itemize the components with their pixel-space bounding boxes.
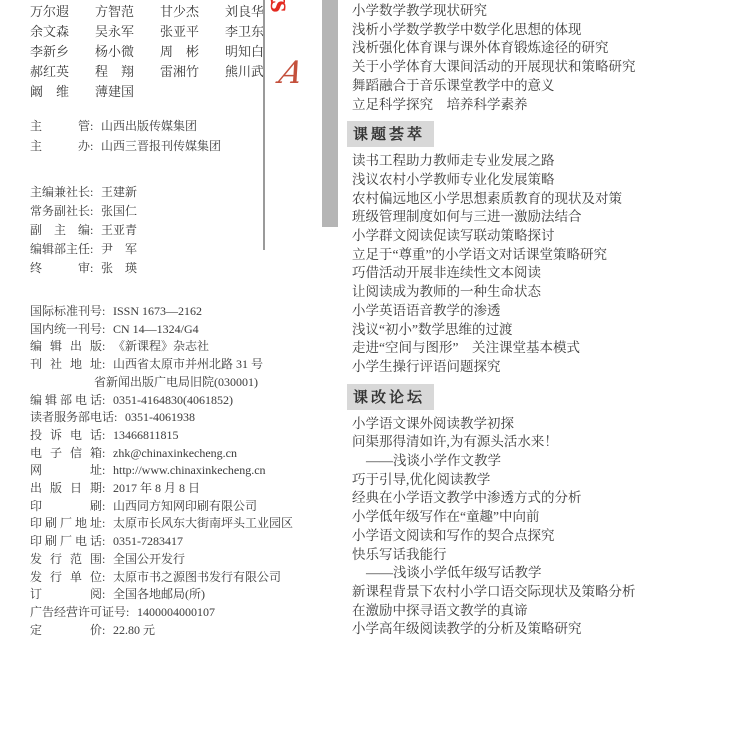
info-row: 国内统一刊号:CN 14—1324/G4 — [30, 321, 295, 339]
info-label: 编辑部主任 — [30, 240, 90, 259]
toc-item-list: 读书工程助力教师走专业发展之路浅议农村小学教师专业化发展策略农村偏远地区小学思想… — [352, 152, 729, 376]
toc-section-header-wrap: 课改论坛 — [347, 384, 729, 410]
toc-article-title: 小学数学教学现状研究 — [352, 2, 729, 21]
info-label: 印刷厂地址 — [30, 515, 102, 533]
colon-separator: : — [90, 202, 101, 221]
staff-info-rows: 主编兼社长:王建新 常务副社长:张国仁 副主编:王亚青 编辑部主任:尹 军 终审… — [30, 183, 295, 278]
board-member-name: 杨小微 — [95, 42, 160, 62]
toc-article-title: 读书工程助力教师走专业发展之路 — [352, 152, 729, 171]
info-row: 订阅:全国各地邮局(所) — [30, 586, 295, 604]
toc-article-title: 小学高年级阅读教学的分析及策略研究 — [352, 620, 729, 639]
toc-article-title: 巧于引导,优化阅读教学 — [352, 471, 729, 490]
info-row: 读者服务部电话:0351-4061938 — [30, 409, 295, 427]
info-row: 发行单位:太原市书之源图书发行有限公司 — [30, 569, 295, 587]
info-label: 主编兼社长 — [30, 183, 90, 202]
colon-separator: : — [126, 604, 137, 622]
info-row: 投诉电话:13466811815 — [30, 427, 295, 445]
info-label: 国内统一刊号 — [30, 321, 102, 339]
info-value: 0351-4061938 — [125, 410, 195, 424]
info-row: 定价:22.80 元 — [30, 622, 295, 640]
info-row: 刊社地址:山西省太原市并州北路 31 号 — [30, 356, 295, 374]
info-label: 编辑部电话 — [30, 392, 102, 410]
colon-separator: : — [90, 221, 101, 240]
info-row: 主办:山西三晋报刊传媒集团 — [30, 136, 295, 156]
colon-separator: : — [102, 533, 113, 551]
info-row: 编辑部主任:尹 军 — [30, 240, 295, 259]
colon-separator: : — [102, 586, 113, 604]
info-value: 太原市书之源图书发行有限公司 — [113, 570, 281, 584]
toc-article-title: 在激励中探寻语文教学的真谛 — [352, 602, 729, 621]
toc-article-title: 浅议“初小”数学思维的过渡 — [352, 321, 729, 340]
toc-article-title: 小学生操行评语问题探究 — [352, 358, 729, 377]
masthead-panel: 万尔遐方智范甘少杰刘良华余文森吴永军张亚平李卫东李新乡杨小微周 彬明知白郝红英程… — [30, 2, 295, 639]
board-member-name: 周 彬 — [160, 42, 225, 62]
info-value: 张国仁 — [101, 204, 137, 218]
toc-section-header: 课改论坛 — [347, 384, 434, 410]
toc-article-title: 农村偏远地区小学思想素质教育的现状及对策 — [352, 190, 729, 209]
info-row: 印刷厂电话:0351-7283417 — [30, 533, 295, 551]
toc-article-title: 小学群文阅读促读写联动策略探讨 — [352, 227, 729, 246]
board-member-name: 万尔遐 — [30, 2, 95, 22]
info-label: 主管 — [30, 116, 90, 136]
info-value: 22.80 元 — [113, 623, 155, 637]
info-value: 山西三晋报刊传媒集团 — [101, 139, 221, 153]
colon-separator: : — [102, 338, 113, 356]
info-value: 省新闻出版广电局旧院(030001) — [94, 375, 258, 389]
info-row: 编辑部电话:0351-4164830(4061852) — [30, 392, 295, 410]
board-member-name: 方智范 — [95, 2, 160, 22]
info-value: 王建新 — [101, 185, 137, 199]
board-member-name: 雷湘竹 — [160, 62, 225, 82]
publication-info-rows: 国际标准刊号:ISSN 1673—2162 国内统一刊号:CN 14—1324/… — [30, 303, 295, 639]
info-row: 编辑出版:《新课程》杂志社 — [30, 338, 295, 356]
toc-article-title: 经典在小学语文教学中渗透方式的分析 — [352, 489, 729, 508]
colon-separator: : — [102, 462, 113, 480]
info-row: 主管:山西出版传媒集团 — [30, 116, 295, 136]
colon-separator: : — [90, 116, 101, 136]
toc-article-title: 班级管理制度如何与三进一激励法结合 — [352, 208, 729, 227]
info-value: 《新课程》杂志社 — [113, 339, 209, 353]
info-value: 尹 军 — [101, 242, 137, 256]
board-member-name: 李卫东 — [225, 22, 290, 42]
colon-separator: : — [102, 356, 113, 374]
colon-separator: : — [102, 551, 113, 569]
info-value: 太原市长风东大街南坪头工业园区 — [113, 516, 293, 530]
toc-article-title: 小学英语语音教学的渗透 — [352, 302, 729, 321]
colon-separator: : — [90, 259, 101, 278]
board-member-name: 余文森 — [30, 22, 95, 42]
colon-separator: : — [102, 321, 113, 339]
board-member-name: 薄建国 — [95, 82, 160, 102]
colon-separator: : — [114, 409, 125, 427]
info-label: 印刷 — [30, 498, 102, 516]
spine-divider-line — [263, 0, 265, 250]
spine-gray-bar — [322, 0, 338, 227]
colon-separator: : — [102, 392, 113, 410]
info-row: :省新闻出版广电局旧院(030001) — [30, 374, 295, 392]
info-row: 主编兼社长:王建新 — [30, 183, 295, 202]
info-value: 全国各地邮局(所) — [113, 587, 205, 601]
toc-section: 课改论坛 小学语文课外阅读教学初探问渠那得清如许,为有源头活水来！——浅谈小学作… — [352, 384, 729, 639]
toc-article-title: 小学语文阅读和写作的契合点探究 — [352, 527, 729, 546]
colon-separator: : — [102, 498, 113, 516]
board-member-name: 郝红英 — [30, 62, 95, 82]
board-member-name: 程 翔 — [95, 62, 160, 82]
info-row: 终审:张 瑛 — [30, 259, 295, 278]
info-row: 印刷:山西同方知网印刷有限公司 — [30, 498, 295, 516]
colon-separator: : — [102, 515, 113, 533]
colon-separator: : — [102, 303, 113, 321]
info-value: ISSN 1673—2162 — [113, 304, 202, 318]
info-label: 发行单位 — [30, 569, 102, 587]
toc-article-title: 浅议农村小学教师专业化发展策略 — [352, 171, 729, 190]
info-row: 发行范围:全国公开发行 — [30, 551, 295, 569]
toc-article-title: 小学低年级写作在“童趣”中向前 — [352, 508, 729, 527]
toc-article-title: 巧借活动开展非连续性文本阅读 — [352, 264, 729, 283]
toc-article-title: 小学语文课外阅读教学初探 — [352, 415, 729, 434]
info-row: 电子信箱:zhk@chinaxinkecheng.cn — [30, 445, 295, 463]
colon-separator: : — [102, 480, 113, 498]
info-value: CN 14—1324/G4 — [113, 322, 199, 336]
board-member-name: 明知白 — [225, 42, 290, 62]
info-label: 国际标准刊号 — [30, 303, 102, 321]
toc-article-title: 让阅读成为教师的一种生命状态 — [352, 283, 729, 302]
info-value: 山西同方知网印刷有限公司 — [113, 499, 257, 513]
toc-article-title: ——浅谈小学低年级写话教学 — [352, 564, 729, 583]
toc-article-title: 立足科学探究 培养科学素养 — [352, 96, 729, 115]
info-row: 广告经营许可证号:1400004000107 — [30, 604, 295, 622]
info-value: 1400004000107 — [137, 605, 215, 619]
colon-separator: : — [90, 240, 101, 259]
board-member-name: 甘少杰 — [160, 2, 225, 22]
toc-item-list: 小学语文课外阅读教学初探问渠那得清如许,为有源头活水来！——浅谈小学作文教学巧于… — [352, 415, 729, 639]
info-row: 网址:http://www.chinaxinkecheng.cn — [30, 462, 295, 480]
toc-article-title: 浅析小学数学教学中数学化思想的体现 — [352, 21, 729, 40]
toc-article-title: 浅析强化体育课与课外体育锻炼途径的研究 — [352, 39, 729, 58]
toc-section: 课题荟萃 读书工程助力教师走专业发展之路浅议农村小学教师专业化发展策略农村偏远地… — [352, 121, 729, 376]
info-label: 编辑出版 — [30, 338, 102, 356]
info-value: zhk@chinaxinkecheng.cn — [113, 446, 237, 460]
colon-separator: : — [102, 622, 113, 640]
board-member-name: 吴永军 — [95, 22, 160, 42]
board-member-name: 李新乡 — [30, 42, 95, 62]
info-value: 2017 年 8 月 8 日 — [113, 481, 200, 495]
info-label: 刊社地址 — [30, 356, 102, 374]
info-value: 张 瑛 — [101, 261, 137, 275]
info-value: 全国公开发行 — [113, 552, 185, 566]
info-label: 主办 — [30, 136, 90, 156]
colon-separator: : — [90, 183, 101, 202]
board-member-name: 张亚平 — [160, 22, 225, 42]
info-label: 常务副社长 — [30, 202, 90, 221]
toc-article-title: 快乐写话我能行 — [352, 546, 729, 565]
board-member-name: 阚 维 — [30, 82, 95, 102]
colon-separator: : — [102, 427, 113, 445]
contents-word-fragment: ts — [267, 0, 295, 9]
toc-article-title: 舞蹈融合于音乐课堂教学中的意义 — [352, 77, 729, 96]
info-row: 常务副社长:张国仁 — [30, 202, 295, 221]
info-row: 印刷厂地址:太原市长风东大街南坪头工业园区 — [30, 515, 295, 533]
info-label: 副主编 — [30, 221, 90, 240]
editorial-board: 万尔遐方智范甘少杰刘良华余文森吴永军张亚平李卫东李新乡杨小微周 彬明知白郝红英程… — [30, 2, 295, 102]
info-value: 王亚青 — [101, 223, 137, 237]
info-row: 出版日期:2017 年 8 月 8 日 — [30, 480, 295, 498]
info-label: 定价 — [30, 622, 102, 640]
info-label: 发行范围 — [30, 551, 102, 569]
toc-article-title: 问渠那得清如许,为有源头活水来！ — [352, 433, 729, 452]
toc-article-title: 立足于“尊重”的小学语文对话课堂策略研究 — [352, 246, 729, 265]
info-value: 山西省太原市并州北路 31 号 — [113, 357, 263, 371]
info-value: 0351-7283417 — [113, 534, 183, 548]
toc-section-header-wrap: 课题荟萃 — [347, 121, 729, 147]
info-label: 投诉电话 — [30, 427, 102, 445]
toc-article-title: ——浅谈小学作文教学 — [352, 452, 729, 471]
colon-separator: : — [102, 569, 113, 587]
info-label: 印刷厂电话 — [30, 533, 102, 551]
info-label: 订阅 — [30, 586, 102, 604]
colon-separator: : — [90, 136, 101, 156]
org-info-rows: 主管:山西出版传媒集团 主办:山西三晋报刊传媒集团 — [30, 116, 295, 156]
info-row: 副主编:王亚青 — [30, 221, 295, 240]
toc-item-list: 小学数学教学现状研究浅析小学数学教学中数学化思想的体现浅析强化体育课与课外体育锻… — [352, 2, 729, 114]
toc-article-title: 新课程背景下农村小学口语交际现状及策略分析 — [352, 583, 729, 602]
info-label: 出版日期 — [30, 480, 102, 498]
info-label: 电子信箱 — [30, 445, 102, 463]
info-value: 13466811815 — [113, 428, 179, 442]
info-label: 网址 — [30, 462, 102, 480]
toc-article-title: 走进“空间与图形” 关注课堂基本模式 — [352, 339, 729, 358]
info-label: 广告经营许可证号 — [30, 604, 126, 622]
info-label: 读者服务部电话 — [30, 409, 114, 427]
info-row: 国际标准刊号:ISSN 1673—2162 — [30, 303, 295, 321]
toc-section: 小学数学教学现状研究浅析小学数学教学中数学化思想的体现浅析强化体育课与课外体育锻… — [352, 2, 729, 114]
toc-panel: 小学数学教学现状研究浅析小学数学教学中数学化思想的体现浅析强化体育课与课外体育锻… — [352, 2, 729, 639]
info-value: http://www.chinaxinkecheng.cn — [113, 463, 266, 477]
toc-section-header: 课题荟萃 — [347, 121, 434, 147]
colon-separator: : — [102, 445, 113, 463]
info-label: 终审 — [30, 259, 90, 278]
info-value: 山西出版传媒集团 — [101, 119, 197, 133]
toc-article-title: 关于小学体育大课间活动的开展现状和策略研究 — [352, 58, 729, 77]
info-value: 0351-4164830(4061852) — [113, 393, 233, 407]
